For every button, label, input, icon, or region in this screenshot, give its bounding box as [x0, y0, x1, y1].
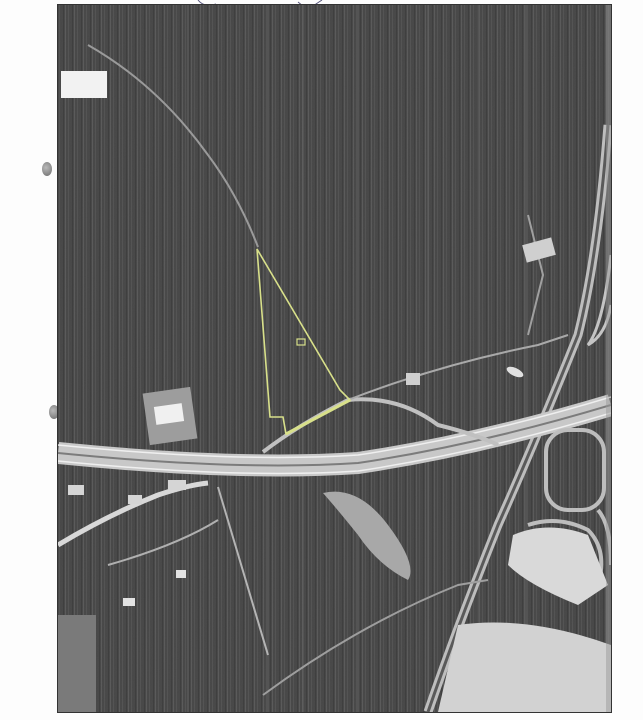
industrial-site	[143, 387, 198, 445]
aerial-map	[58, 5, 611, 712]
aerial-photo	[57, 4, 612, 713]
warehouse-building	[61, 71, 107, 98]
farm-building	[406, 373, 420, 385]
punch-hole-top	[42, 162, 52, 176]
scanned-page: signature mark (top center, illegible)	[0, 0, 643, 720]
